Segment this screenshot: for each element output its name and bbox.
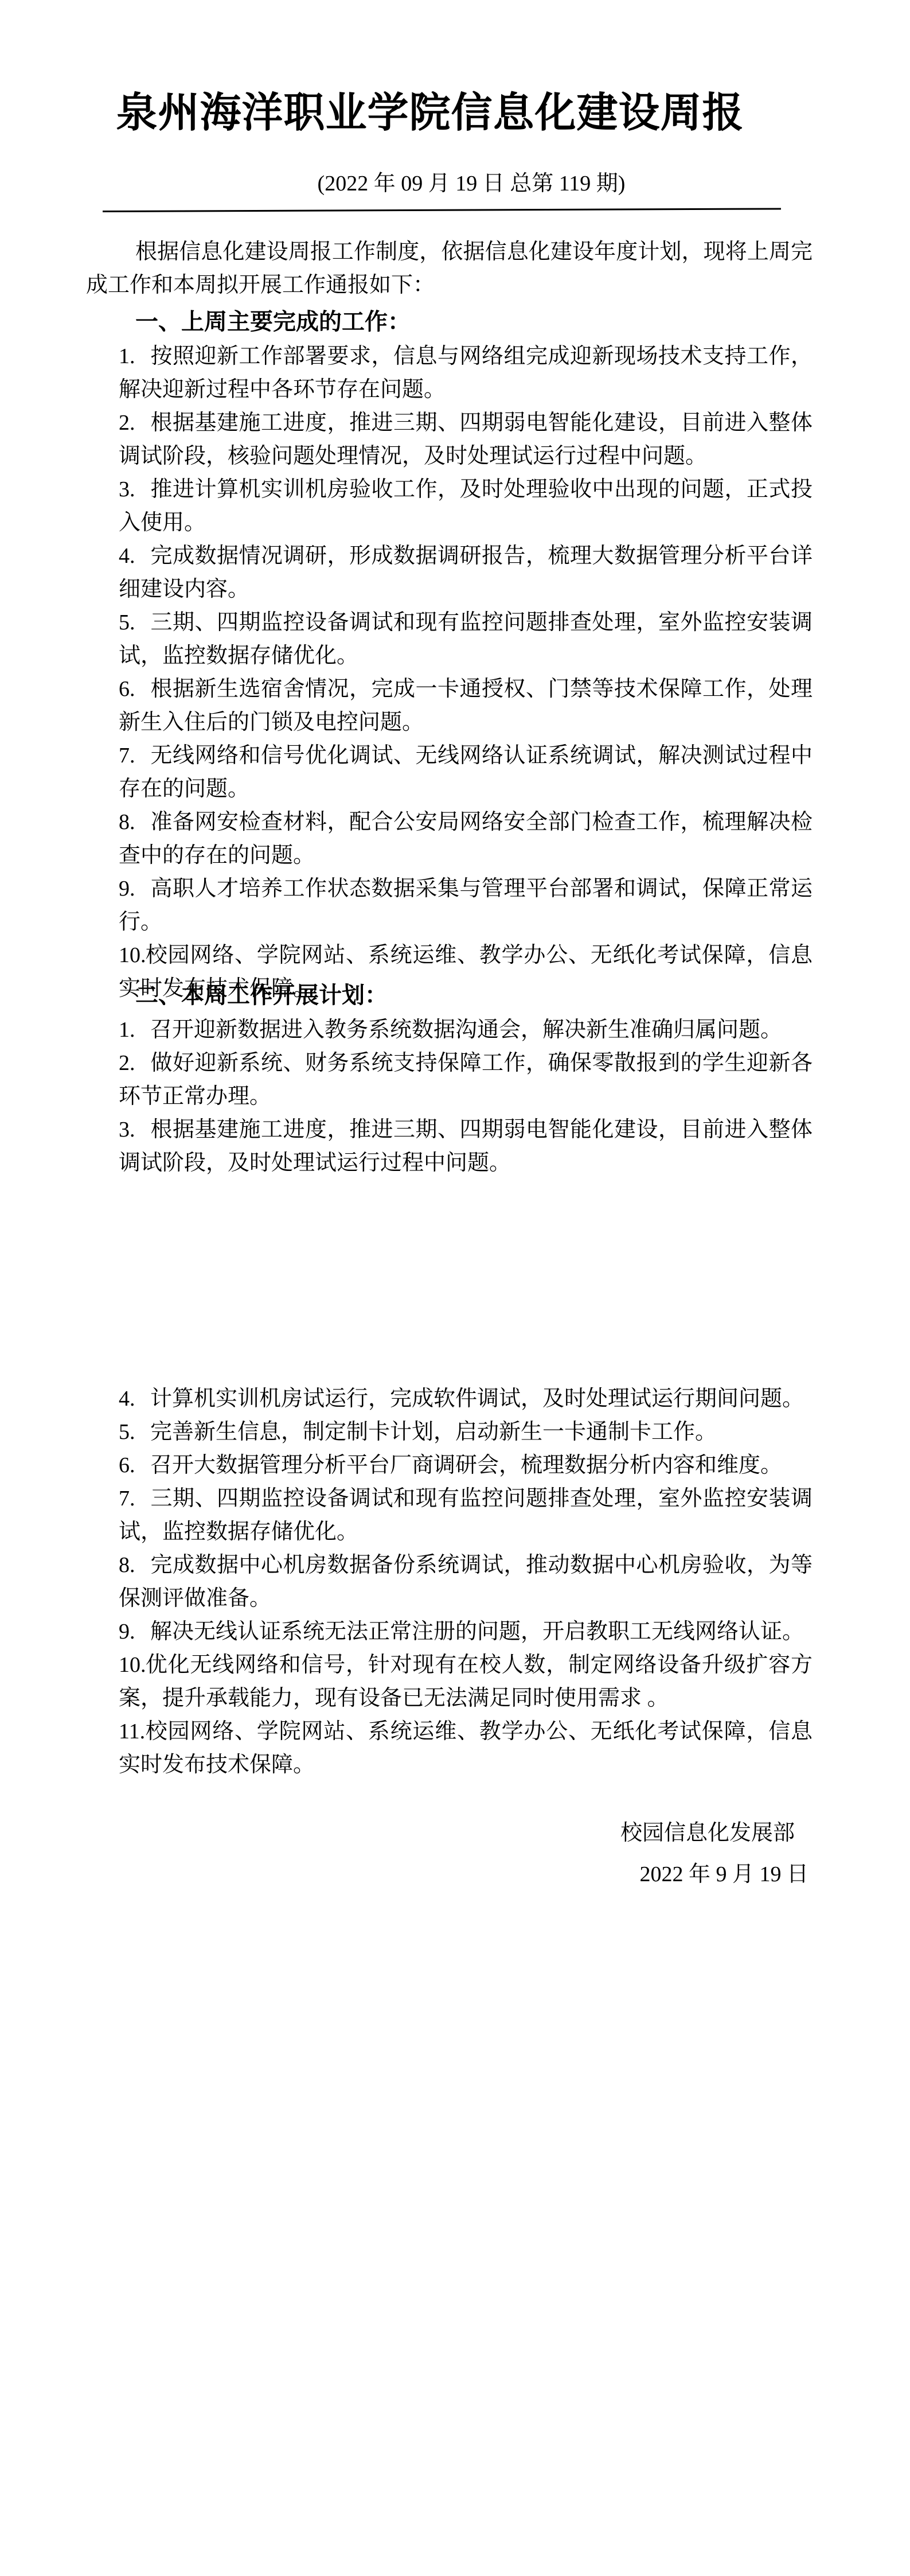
item-text: 推进计算机实训机房验收工作，及时处理验收中出现的问题，正式投入使用。 <box>119 477 813 535</box>
item-text: 三期、四期监控设备调试和现有监控问题排查处理，室外监控安装调试，监控数据存储优化… <box>119 610 813 668</box>
section-heading-completed: 一、上周主要完成的工作： <box>135 305 812 338</box>
item-text: 完成数据中心机房数据备份系统调试，推动数据中心机房验收，为等保测评做准备。 <box>119 1553 813 1610</box>
item-number: 3. <box>119 473 150 506</box>
item-text: 根据新生选宿舍情况，完成一卡通授权、门禁等技术保障工作，处理新生入住后的门锁及电… <box>119 677 813 734</box>
report-item: 4.完成数据情况调研，形成数据调研报告，梳理大数据管理分析平台详细建设内容。 <box>119 539 813 606</box>
item-number: 1. <box>119 340 150 373</box>
report-item: 8.准备网安检查材料，配合公安局网络安全部门检查工作，梳理解决检查中的存在的问题… <box>119 806 813 872</box>
title-divider <box>103 208 781 212</box>
item-text: 优化无线网络和信号，针对现有在校人数，制定网络设备升级扩容方案，提升承载能力，现… <box>119 1653 813 1710</box>
report-item: 6.召开大数据管理分析平台厂商调研会，梳理数据分析内容和维度。 <box>119 1449 813 1482</box>
item-number: 6. <box>119 672 150 706</box>
item-number: 4. <box>119 539 150 573</box>
report-item: 9.解决无线认证系统无法正常注册的问题，开启教职工无线网络认证。 <box>119 1615 813 1648</box>
report-item: 8.完成数据中心机房数据备份系统调试，推动数据中心机房验收，为等保测评做准备。 <box>119 1548 813 1615</box>
report-item: 10.优化无线网络和信号，针对现有在校人数，制定网络设备升级扩容方案，提升承载能… <box>119 1648 813 1715</box>
item-number: 3. <box>119 1113 150 1146</box>
report-item: 5.三期、四期监控设备调试和现有监控问题排查处理，室外监控安装调试，监控数据存储… <box>119 606 813 672</box>
item-number: 5. <box>119 1415 150 1449</box>
report-item: 6.根据新生选宿舍情况，完成一卡通授权、门禁等技术保障工作，处理新生入住后的门锁… <box>119 672 813 739</box>
section-heading-plan: 二、本周工作开展计划： <box>135 979 812 1012</box>
report-item: 1.按照迎新工作部署要求，信息与网络组完成迎新现场技术支持工作，解决迎新过程中各… <box>119 340 813 406</box>
item-text: 准备网安检查材料，配合公安局网络安全部门检查工作，梳理解决检查中的存在的问题。 <box>119 810 813 867</box>
item-number: 8. <box>119 806 150 839</box>
item-text: 根据基建施工进度，推进三期、四期弱电智能化建设，目前进入整体调试阶段，及时处理试… <box>119 1118 813 1175</box>
item-number: 8. <box>119 1548 150 1582</box>
item-text: 解决无线认证系统无法正常注册的问题，开启教职工无线网络认证。 <box>150 1620 804 1644</box>
item-text: 按照迎新工作部署要求，信息与网络组完成迎新现场技术支持工作，解决迎新过程中各环节… <box>119 344 813 402</box>
report-item: 3.根据基建施工进度，推进三期、四期弱电智能化建设，目前进入整体调试阶段，及时处… <box>119 1113 813 1180</box>
item-number: 2. <box>119 1046 150 1080</box>
plan-items-list-page1: 1.召开迎新数据进入教务系统数据沟通会，解决新生准确归属问题。 2.做好迎新系统… <box>119 1013 813 1180</box>
report-item: 2.根据基建施工进度，推进三期、四期弱电智能化建设，目前进入整体调试阶段，核验问… <box>119 406 813 473</box>
report-item: 9.高职人才培养工作状态数据采集与管理平台部署和调试，保障正常运行。 <box>119 872 813 939</box>
item-text: 召开迎新数据进入教务系统数据沟通会，解决新生准确归属问题。 <box>150 1018 782 1042</box>
item-text: 根据基建施工进度，推进三期、四期弱电智能化建设，目前进入整体调试阶段，核验问题处… <box>119 411 813 468</box>
item-text: 召开大数据管理分析平台厂商调研会，梳理数据分析内容和维度。 <box>150 1453 782 1477</box>
item-number: 7. <box>119 1482 150 1515</box>
item-number: 4. <box>119 1382 150 1415</box>
item-number: 9. <box>119 1615 150 1648</box>
intro-paragraph: 根据信息化建设周报工作制度，依据信息化建设年度计划，现将上周完成工作和本周拟开展… <box>86 235 813 302</box>
report-item: 11.校园网络、学院网站、系统运维、教学办公、无纸化考试保障，信息实时发布技术保… <box>119 1715 813 1781</box>
item-number: 10. <box>119 939 145 972</box>
item-text: 完成数据情况调研，形成数据调研报告，梳理大数据管理分析平台详细建设内容。 <box>119 544 813 601</box>
report-title: 泉州海洋职业学院信息化建设周报 <box>86 89 774 138</box>
report-item: 7.三期、四期监控设备调试和现有监控问题排查处理，室外监控安装调试，监控数据存储… <box>119 1482 813 1548</box>
item-text: 做好迎新系统、财务系统支持保障工作，确保零散报到的学生迎新各环节正常办理。 <box>119 1051 813 1108</box>
item-text: 三期、四期监控设备调试和现有监控问题排查处理，室外监控安装调试，监控数据存储优化… <box>119 1487 813 1544</box>
item-number: 9. <box>119 872 150 905</box>
item-number: 6. <box>119 1449 150 1482</box>
plan-items-list-page2: 4.计算机实训机房试运行，完成软件调试，及时处理试运行期间问题。 5.完善新生信… <box>119 1382 813 1781</box>
item-number: 1. <box>119 1013 150 1046</box>
issue-line: (2022 年 09 月 19 日 总第 119 期) <box>86 169 857 199</box>
item-number: 11. <box>119 1715 145 1748</box>
item-number: 10. <box>119 1648 145 1682</box>
report-item: 7.无线网络和信号优化调试、无线网络认证系统调试，解决测试过程中存在的问题。 <box>119 739 813 806</box>
item-text: 无线网络和信号优化调试、无线网络认证系统调试，解决测试过程中存在的问题。 <box>119 744 813 801</box>
item-text: 校园网络、学院网站、系统运维、教学办公、无纸化考试保障，信息实时发布技术保障。 <box>119 1719 813 1777</box>
report-item: 2.做好迎新系统、财务系统支持保障工作，确保零散报到的学生迎新各环节正常办理。 <box>119 1046 813 1113</box>
signature-block: 校园信息化发展部 2022 年 9 月 19 日 <box>620 1816 809 1891</box>
item-text: 计算机实训机房试运行，完成软件调试，及时处理试运行期间问题。 <box>150 1387 804 1411</box>
item-text: 完善新生信息，制定制卡计划，启动新生一卡通制卡工作。 <box>150 1420 717 1444</box>
item-number: 7. <box>119 739 150 772</box>
report-item: 1.召开迎新数据进入教务系统数据沟通会，解决新生准确归属问题。 <box>119 1013 813 1046</box>
item-text: 高职人才培养工作状态数据采集与管理平台部署和调试，保障正常运行。 <box>119 877 813 934</box>
document-page: 泉州海洋职业学院信息化建设周报 (2022 年 09 月 19 日 总第 119… <box>0 0 910 2576</box>
item-number: 2. <box>119 406 150 439</box>
report-item: 3.推进计算机实训机房验收工作，及时处理验收中出现的问题，正式投入使用。 <box>119 473 813 539</box>
signature-date: 2022 年 9 月 19 日 <box>620 1858 809 1891</box>
report-item: 5.完善新生信息，制定制卡计划，启动新生一卡通制卡工作。 <box>119 1415 813 1449</box>
report-item: 4.计算机实训机房试运行，完成软件调试，及时处理试运行期间问题。 <box>119 1382 813 1415</box>
signature-department: 校园信息化发展部 <box>620 1816 809 1850</box>
completed-items-list: 1.按照迎新工作部署要求，信息与网络组完成迎新现场技术支持工作，解决迎新过程中各… <box>119 340 813 1005</box>
item-number: 5. <box>119 606 150 639</box>
